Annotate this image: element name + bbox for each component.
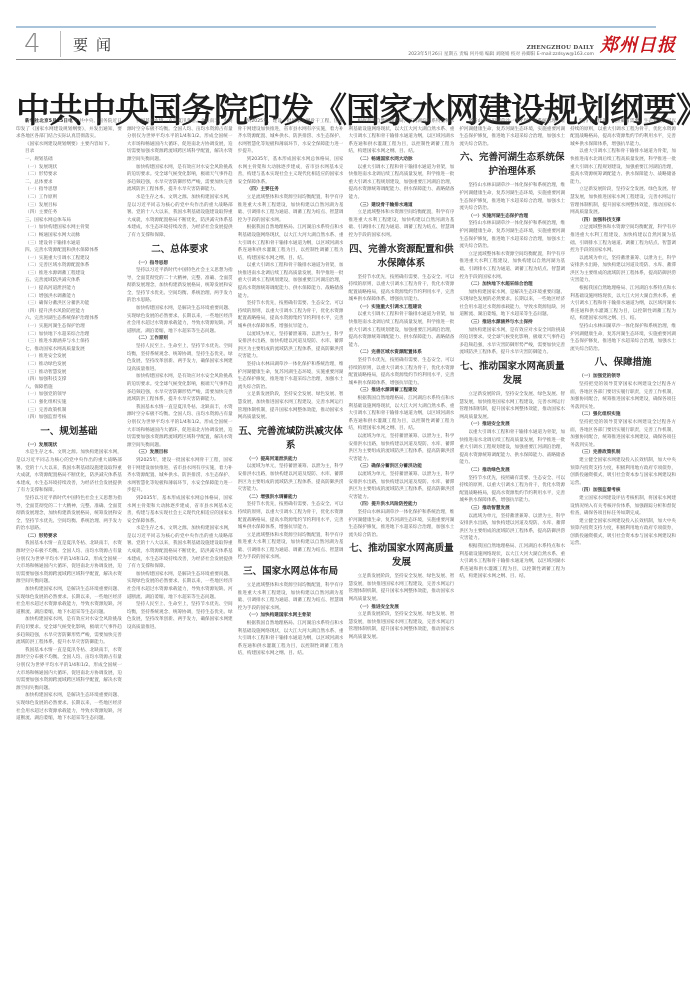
body-paragraph: 坚持山水林田湖草沙一体化保护和系统治理，维护河湖健康生命，复苏河湖生态环境，实施… xyxy=(459,220,565,250)
body-paragraph: 根据我国自然地理格局、江河湖泊水系特点和水利基础设施网络现状，以大江大河大湖自然… xyxy=(570,285,676,323)
toc-item: （一）加强党的领导 xyxy=(16,391,122,399)
body-paragraph: 坚持节水优先，按照确有需要、生态安全、可以持续的原则，以重大引调水工程为骨干，优… xyxy=(348,357,454,387)
subsection-heading: （一）提高河道泄洪能力 xyxy=(238,456,344,464)
subsection-heading: （一）推进安全发展 xyxy=(459,421,565,429)
body-paragraph: 立足流域整体和水资源空间均衡配置，科学有序推进重大水利工程建设，加快构建以自然河… xyxy=(238,582,344,612)
body-paragraph: 我国基本水情一直是夏汛冬枯、北缺南丰，水资源时空分布极不均衡。全国人均、亩均水资… xyxy=(16,647,122,693)
subsection-heading: （四）提升洪水风险防控能力 xyxy=(348,501,454,509)
toc-item: （一）实施重大引调水工程建设 xyxy=(16,255,122,263)
toc-item: （二）增强洪水调蓄能力 xyxy=(16,293,122,301)
toc-item: （一）指导思想 xyxy=(16,186,122,194)
body-paragraph: 坚持山水林田湖草沙一体化保护和系统治理，维护河湖健康生命，复苏河湖生态环境，实施… xyxy=(459,182,565,212)
section-heading: 四、完善水资源配置和供水保障体系 xyxy=(348,243,454,271)
subsection-heading: （二）增强洪水调蓄能力 xyxy=(238,494,344,502)
body-paragraph: 到2025年，建设一批国家水网骨干工程，国家骨干网建设加快推进，省市县水网有序实… xyxy=(127,457,233,495)
body-paragraph: 坚持以习近平新时代中国特色社会主义思想为指导，全面贯彻党的二十大精神，完整、准确… xyxy=(127,267,233,305)
body-paragraph: 坚持山水林田湖草沙一体化保护和系统治理，维护河湖健康生命，复苏河湖生态环境，实施… xyxy=(459,118,565,148)
body-paragraph: 立足新发展阶段，坚持安全发展、绿色发展、智慧发展，加快推进国家水网工程建设，完善… xyxy=(238,391,344,421)
subsection-heading: （三）确保分蓄洪区分蓄洪功能 xyxy=(348,463,454,471)
column-5: 坚持山水林田湖草沙一体化保护和系统治理，维护河湖健康生命，复苏河湖生态环境，实施… xyxy=(459,118,565,990)
body-paragraph: 根据我国自然地理格局、江河湖泊水系特点和水利基础设施网络现状，以大江大河大湖自然… xyxy=(238,620,344,658)
masthead: 4 要闻 ZHENGZHOU DAILY 2023年5月26日 星期五 责编 何… xyxy=(16,30,676,58)
body-paragraph: 立足流域整体和水资源空间均衡配置，科学有序推进重大水利工程建设，加快构建以自然河… xyxy=(348,209,454,239)
section-heading: 五、完善流域防洪减灾体系 xyxy=(238,425,344,453)
table-of-contents: 目录 一、规划基础 （一）发展现状 （二）形势要求 二、总体要求 （一）指导思想… xyxy=(16,148,122,421)
body-paragraph: 以流域为单元，坚持蓄泄兼筹、以泄为主，科学安排洪水出路，加快构建以河道及堤防、水… xyxy=(348,433,454,463)
toc-intro: 《国家水网建设规划纲要》主要内容如下。 xyxy=(16,141,122,149)
body-paragraph: 坚持山水林田湖草沙一体化保护和系统治理，维护河湖健康生命，复苏河湖生态环境，实施… xyxy=(238,361,344,391)
body-paragraph: 以流域为单元，坚持蓄泄兼筹、以泄为主，科学安排洪水出路，加快构建以河道及堤防、水… xyxy=(459,513,565,543)
body-paragraph: 立足流域整体和水资源空间均衡配置，科学有序推进重大水利工程建设，加快构建以自然河… xyxy=(238,194,344,224)
body-paragraph: 以重大引调水工程和骨干输排水通道为骨架，加快推进南水北调后续工程高质量发展，科学… xyxy=(570,148,676,186)
body-paragraph: 加快构建国家水网，是有效应对水安全风险挑战的迫切要求。受全球气候变化影响，极端天… xyxy=(459,327,565,357)
subsection-heading: （三）建设骨干输排水通道 xyxy=(348,202,454,210)
body-paragraph: 立足新发展阶段，坚持安全发展、绿色发展、智慧发展，加快推进国家水网工程建设，完善… xyxy=(459,391,565,421)
body-paragraph: 立足流域整体和水资源空间均衡配置，科学有序推进重大水利工程建设，加快构建以自然河… xyxy=(459,251,565,281)
body-paragraph: 以重大引调水工程和骨干输排水通道为骨架，加快推进南水北调后续工程高质量发展，科学… xyxy=(348,164,454,202)
toc-item: （二）加快地下水超采综合治理 xyxy=(16,331,122,339)
body-paragraph: 以流域为单元，坚持蓄泄兼筹、以泄为主，科学安排洪水出路，加快构建以河道及堤防、水… xyxy=(570,255,676,285)
body-paragraph: 加快构建国家水网，是有效应对水安全风险挑战的迫切要求。受全球气候变化影响，极端天… xyxy=(16,616,122,646)
toc-item: （三）确保分蓄洪区分蓄洪功能 xyxy=(16,300,122,308)
subsection-heading: （一）实施河湖生态保护治理 xyxy=(459,213,565,221)
toc-item: （三）完善政策机制 xyxy=(16,407,122,415)
body-paragraph: 加快构建国家水网，是有效应对水安全风险挑战的迫切要求。受全球气候变化影响，极端天… xyxy=(127,373,233,403)
body-paragraph: 到2025年，建设一批国家水网骨干工程，国家骨干网建设加快推进，省市县水网有序实… xyxy=(238,118,344,156)
body-paragraph: 加快构建国家水网，是有效应对水安全风险挑战的迫切要求。受全球气候变化影响，极端天… xyxy=(127,164,233,194)
header-top-rule xyxy=(16,26,656,28)
body-paragraph: 加快构建国家水网，是解决生态环境重要问题、实现绿色发展的必然要求。长期以来，一些… xyxy=(459,289,565,319)
body-paragraph: 加快构建国家水网，是解决生态环境重要问题、实现绿色发展的必然要求。长期以来，一些… xyxy=(127,305,233,335)
toc-item: （二）推动绿色发展 xyxy=(16,361,122,369)
body-paragraph: 建立国家水网建设评估考核机制，将国家水网建设情况纳入有关考核评价体系，加强跟踪分… xyxy=(570,495,676,518)
subsection-heading: （一）推进安全发展 xyxy=(348,604,454,612)
toc-item: （四）加强科技支撑 xyxy=(16,376,122,384)
body-paragraph: 以重大引调水工程和骨干输排水通道为骨架，加快推进南水北调后续工程高质量发展，科学… xyxy=(459,429,565,467)
lead-paragraph: 新华社北京5月25日电 中共中央、国务院近日印发了《国家水网建设规划纲要》，并发… xyxy=(16,118,122,141)
toc-item: 六、完善河湖生态系统保护治理体系 xyxy=(16,315,122,323)
column-6: 坚持节水优先，按照确有需要、生态安全、可以持续的原则，以重大引调水工程为骨干，优… xyxy=(570,118,676,990)
body-paragraph: 建立健全国家水网建设投入长效机制，加大中央预算内投资支持力度，积极利用地方政府专… xyxy=(570,518,676,548)
section-label: 要闻 xyxy=(61,34,119,55)
toc-item: 五、完善流域防洪减灾体系 xyxy=(16,277,122,285)
body-paragraph: 以流域为单元，坚持蓄泄兼筹、以泄为主，科学安排洪水出路，加快构建以河道及堤防、水… xyxy=(348,471,454,501)
body-paragraph: 根据我国自然地理格局、江河湖泊水系特点和水利基础设施网络现状，以大江大河大湖自然… xyxy=(348,395,454,433)
body-paragraph: 坚持山水林田湖草沙一体化保护和系统治理，维护河湖健康生命，复苏河湖生态环境，实施… xyxy=(348,509,454,539)
body-paragraph: 坚持以习近平新时代中国特色社会主义思想为指导，全面贯彻党的二十大精神，完整、准确… xyxy=(16,495,122,533)
body-paragraph: 以流域为单元，坚持蓄泄兼筹、以泄为主，科学安排洪水出路，加快构建以河道及堤防、水… xyxy=(238,331,344,361)
toc-item: （四）提升洪水风险防控能力 xyxy=(16,308,122,316)
body-paragraph: 根据我国自然地理格局、江河湖泊水系特点和水利基础设施网络现状，以大江大河大湖自然… xyxy=(238,224,344,262)
body-paragraph: 建立健全国家水网建设投入长效机制，加大中央预算内投资支持力度，积极利用地方政府专… xyxy=(570,457,676,487)
toc-item: （二）形势要求 xyxy=(16,171,122,179)
body-paragraph: 水是生存之本、文明之源。加快构建国家水网，是以习近平同志为核心的党中央作出的重大… xyxy=(127,194,233,240)
toc-item: （一）提高河道泄洪能力 xyxy=(16,285,122,293)
toc-item: （一）推进安全发展 xyxy=(16,353,122,361)
body-paragraph: 我国基本水情一直是夏汛冬枯、北缺南丰，水资源时空分布极不均衡。全国人均、亩均水资… xyxy=(127,404,233,450)
subsection-heading: （二）畅通国家水网大动脉 xyxy=(348,156,454,164)
body-paragraph: 坚持人民至上、生命至上，坚持节水优先、空间均衡，坚持系统观念、统筹协调，坚持生态… xyxy=(127,343,233,373)
toc-item: （二）完善区域水资源配置体系 xyxy=(16,262,122,270)
newspaper-logo: 郑州日报 xyxy=(600,31,676,57)
body-paragraph: 坚持把党的领导贯穿国家水网建设全过程各方面，各地区各部门要切实履行职责，完善工作… xyxy=(570,381,676,411)
toc-item: 目录 xyxy=(16,148,122,156)
column-1: 新华社北京5月25日电 中共中央、国务院近日印发了《国家水网建设规划纲要》，并发… xyxy=(16,118,122,990)
page-number: 4 xyxy=(16,31,60,57)
subsection-heading: （一）加强党的领导 xyxy=(570,373,676,381)
toc-item: 一、规划基础 xyxy=(16,156,122,164)
column-3: 到2025年，建设一批国家水网骨干工程，国家骨干网建设加快推进，省市县水网有序实… xyxy=(238,118,344,990)
toc-item: 七、推动国家水网高质量发展 xyxy=(16,346,122,354)
subsection-heading: （三）推进水源调蓄工程建设 xyxy=(348,387,454,395)
toc-item: （二）畅通国家水网大动脉 xyxy=(16,232,122,240)
subsection-heading: （三）完善政策机制 xyxy=(570,449,676,457)
body-paragraph: 根据我国自然地理格局、江河湖泊水系特点和水利基础设施网络现状，以大江大河大湖自然… xyxy=(459,543,565,581)
section-heading: 二、总体要求 xyxy=(127,243,233,257)
toc-item: （二）工作原则 xyxy=(16,194,122,202)
column-2: 我国基本水情一直是夏汛冬枯、北缺南丰，水资源时空分布极不均衡。全国人均、亩均水资… xyxy=(127,118,233,990)
toc-item: 二、总体要求 xyxy=(16,179,122,187)
masthead-meta: ZHENGZHOU DAILY 2023年5月26日 星期五 责编 何丹娟 编辑… xyxy=(408,31,676,57)
body-paragraph: 根据我国自然地理格局、江河湖泊水系特点和水利基础设施网络现状，以大江大河大湖自然… xyxy=(348,118,454,156)
lead-label: 新华社北京5月25日电 xyxy=(25,119,73,124)
body-paragraph: 立足新发展阶段，坚持安全发展、绿色发展、智慧发展，加快推进国家水网工程建设，完善… xyxy=(570,186,676,216)
toc-item: （一）加快构建国家水网主骨架 xyxy=(16,224,122,232)
body-paragraph: 以重大引调水工程和骨干输排水通道为骨架，加快推进南水北调后续工程高质量发展，科学… xyxy=(238,262,344,300)
toc-item: 四、完善水资源配置和供水保障体系 xyxy=(16,247,122,255)
body-paragraph: 立足流域整体和水资源空间均衡配置，科学有序推进重大水利工程建设，加快构建以自然河… xyxy=(238,532,344,562)
body-paragraph: 水是生存之本、文明之源。加快构建国家水网，是以习近平同志为核心的党中央作出的重大… xyxy=(16,449,122,495)
section-heading: 八、保障措施 xyxy=(570,356,676,370)
dateline: 2023年5月26日 星期五 责编 何丹娟 编辑 刘晓娟 校对 孙卿阳 E-ma… xyxy=(408,51,594,57)
toc-item: （三）推进水源调蓄工程建设 xyxy=(16,270,122,278)
body-paragraph: 坚持节水优先，按照确有需要、生态安全、可以持续的原则，以重大引调水工程为骨干，优… xyxy=(238,501,344,531)
subsection-heading: （二）加快地下水超采综合治理 xyxy=(459,281,565,289)
toc-item: （四）主要任务 xyxy=(16,209,122,217)
section-heading: 七、推动国家水网高质量发展 xyxy=(348,542,454,570)
subsection-heading: （三）发展目标 xyxy=(127,449,233,457)
body-paragraph: 坚持节水优先，按照确有需要、生态安全、可以持续的原则，以重大引调水工程为骨干，优… xyxy=(570,118,676,148)
body-paragraph: 加快构建国家水网，是解决生态环境重要问题、实现绿色发展的必然要求。长期以来，一些… xyxy=(16,586,122,616)
section-heading: 一、规划基础 xyxy=(16,425,122,439)
body-paragraph: 立足新发展阶段，坚持安全发展、绿色发展、智慧发展，加快推进国家水网工程建设，完善… xyxy=(348,611,454,641)
body-paragraph: 坚持山水林田湖草沙一体化保护和系统治理，维护河湖健康生命，复苏河湖生态环境，实施… xyxy=(570,323,676,353)
article-body: 新华社北京5月25日电 中共中央、国务院近日印发了《国家水网建设规划纲要》，并发… xyxy=(16,118,676,990)
toc-item: 三、国家水网总体布局 xyxy=(16,217,122,225)
subsection-heading: （一）指导思想 xyxy=(127,260,233,268)
subsection-heading: （二）推动绿色发展 xyxy=(459,467,565,475)
toc-item: （三）推进水源涵养与水土保持 xyxy=(16,338,122,346)
toc-item: （一）实施河湖生态保护治理 xyxy=(16,323,122,331)
body-paragraph: 我国基本水情一直是夏汛冬枯、北缺南丰，水资源时空分布极不均衡。全国人均、亩均水资… xyxy=(16,540,122,586)
section-heading: 三、国家水网总体布局 xyxy=(238,565,344,579)
body-paragraph: 坚持节水优先，按照确有需要、生态安全、可以持续的原则，以重大引调水工程为骨干，优… xyxy=(348,274,454,304)
subsection-heading: （四）主要任务 xyxy=(238,186,344,194)
toc-item: （二）强化组织实施 xyxy=(16,399,122,407)
body-paragraph: 以流域为单元，坚持蓄泄兼筹、以泄为主，科学安排洪水出路，加快构建以河道及堤防、水… xyxy=(238,463,344,493)
subsection-heading: （一）加快构建国家水网主骨架 xyxy=(238,612,344,620)
subsection-heading: （二）形势要求 xyxy=(16,533,122,541)
body-paragraph: 坚持节水优先，按照确有需要、生态安全、可以持续的原则，以重大引调水工程为骨干，优… xyxy=(459,475,565,505)
body-paragraph: 加快构建国家水网，是解决生态环境重要问题、实现绿色发展的必然要求。长期以来，一些… xyxy=(127,571,233,601)
subsection-heading: （一）发展现状 xyxy=(16,442,122,450)
body-paragraph: 水是生存之本、文明之源。加快构建国家水网，是以习近平同志为核心的党中央作出的重大… xyxy=(127,525,233,571)
subsection-heading: （三）推动智慧发展 xyxy=(459,505,565,513)
body-paragraph: 我国基本水情一直是夏汛冬枯、北缺南丰，水资源时空分布极不均衡。全国人均、亩均水资… xyxy=(127,118,233,164)
toc-item: （三）推动智慧发展 xyxy=(16,369,122,377)
body-paragraph: 坚持人民至上、生命至上，坚持节水优先、空间均衡，坚持系统观念、统筹协调，坚持生态… xyxy=(127,601,233,631)
header-bottom-rule xyxy=(16,59,676,60)
body-paragraph: 到2035年，基本形成国家水网总体格局，国家水网主骨架和大动脉逐步建成，省市县水… xyxy=(127,495,233,525)
subsection-heading: （四）加强监督考核 xyxy=(570,487,676,495)
section-heading: 六、完善河湖生态系统保护治理体系 xyxy=(459,151,565,179)
body-paragraph: 坚持节水优先，按照确有需要、生态安全、可以持续的原则，以重大引调水工程为骨干，优… xyxy=(238,300,344,330)
subsection-heading: （三）推进水源涵养与水土保持 xyxy=(459,319,565,327)
toc-item: （三）建设骨干输排水通道 xyxy=(16,240,122,248)
body-paragraph: 立足新发展阶段，坚持安全发展、绿色发展、智慧发展，加快推进国家水网工程建设，完善… xyxy=(348,573,454,603)
section-heading: 七、推动国家水网高质量发展 xyxy=(459,360,565,388)
body-paragraph: 到2035年，基本形成国家水网总体格局，国家水网主骨架和大动脉逐步建成，省市县水… xyxy=(238,156,344,186)
body-paragraph: 以重大引调水工程和骨干输排水通道为骨架，加快推进南水北调后续工程高质量发展，科学… xyxy=(348,311,454,349)
subsection-heading: （二）工作原则 xyxy=(127,335,233,343)
toc-item: （一）发展现状 xyxy=(16,164,122,172)
subsection-heading: （一）实施重大引调水工程建设 xyxy=(348,304,454,312)
toc-item: （三）发展目标 xyxy=(16,202,122,210)
subsection-heading: （二）强化组织实施 xyxy=(570,411,676,419)
body-paragraph: 坚持把党的领导贯穿国家水网建设全过程各方面，各地区各部门要切实履行职责，完善工作… xyxy=(570,419,676,449)
toc-item: （四）加强监督考核 xyxy=(16,414,122,422)
column-4: 根据我国自然地理格局、江河湖泊水系特点和水利基础设施网络现状，以大江大河大湖自然… xyxy=(348,118,454,990)
subsection-heading: （二）完善区域水资源配置体系 xyxy=(348,349,454,357)
body-paragraph: 加快构建国家水网，是解决生态环境重要问题、实现绿色发展的必然要求。长期以来，一些… xyxy=(16,692,122,722)
toc-item: 八、保障措施 xyxy=(16,384,122,392)
subsection-heading: （四）加强科技支撑 xyxy=(570,217,676,225)
body-paragraph: 立足流域整体和水资源空间均衡配置，科学有序推进重大水利工程建设，加快构建以自然河… xyxy=(570,224,676,254)
